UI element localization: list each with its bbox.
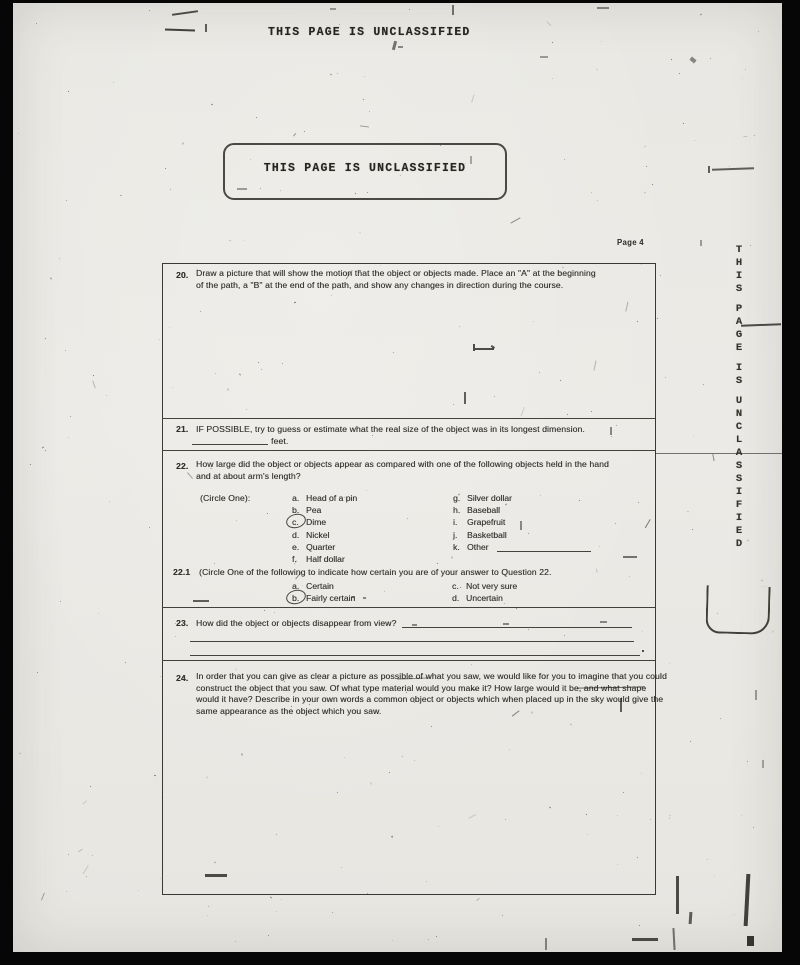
option-label: Fairly certain [306, 593, 355, 603]
option-letter: d. [292, 530, 306, 540]
answer-blank-feet [192, 444, 268, 445]
vertical-stamp-letter: E [731, 342, 747, 355]
option-label: Certain [306, 581, 334, 591]
q22-option-h: h.Baseball [453, 505, 500, 515]
vertical-stamp-letter: S [731, 473, 747, 486]
vertical-stamp-letter: E [731, 525, 747, 538]
q22-option-e: e.Quarter [292, 542, 335, 552]
q22-1-option-c: c.Not very sure [452, 581, 517, 591]
vertical-stamp-letter: H [731, 257, 747, 270]
other-answer-blank [497, 551, 591, 552]
q22-option-a: a.Head of a pin [292, 493, 357, 503]
option-label: Head of a pin [306, 493, 357, 503]
question-23-text: How did the object or objects disappear … [196, 618, 396, 628]
vertical-stamp-letter: D [731, 538, 747, 551]
vertical-stamp-letter [731, 296, 747, 303]
option-letter: e. [292, 542, 306, 552]
page-number-label: Page 4 [617, 238, 644, 247]
option-label: Other [467, 542, 489, 552]
vertical-stamp-letter: C [731, 421, 747, 434]
vertical-stamp-letter: F [731, 499, 747, 512]
question-21-number: 21. [176, 424, 188, 434]
question-24-line4: same appearance as the object which you … [196, 706, 667, 718]
option-label: Baseball [467, 505, 500, 515]
option-label: Not very sure [466, 581, 517, 591]
scanned-page: { "stamps": { "top": "THIS PAGE IS UNCLA… [0, 0, 800, 965]
option-letter: f. [292, 554, 306, 564]
vertical-stamp-letter: S [731, 460, 747, 473]
form-border-box [162, 263, 656, 895]
question-22-1-text: (Circle One of the following to indicate… [199, 567, 551, 577]
section-divider [162, 418, 655, 419]
question-20-line1: Draw a picture that will show the motion… [196, 268, 596, 280]
option-letter: d. [452, 593, 466, 603]
option-label: Nickel [306, 530, 329, 540]
option-label: Basketball [467, 530, 507, 540]
unclassified-stamp-box-text: THIS PAGE IS UNCLASSIFIED [225, 162, 505, 175]
question-23-number: 23. [176, 618, 188, 628]
q22-option-i: i.Grapefruit [453, 517, 505, 527]
question-24-line1: In order that you can give as clear a pi… [196, 671, 667, 683]
q23-answer-line-2 [190, 641, 634, 642]
option-letter: a. [292, 493, 306, 503]
question-24-line3: would it have? Describe in your own word… [196, 694, 667, 706]
section-divider [162, 450, 655, 451]
vertical-stamp-letter: S [731, 283, 747, 296]
q22-option-j: j.Basketball [453, 530, 507, 540]
option-label: Quarter [306, 542, 335, 552]
option-label: Dime [306, 517, 326, 527]
question-22-text: How large did the object or objects appe… [196, 459, 609, 482]
question-22-line1: How large did the object or objects appe… [196, 459, 609, 471]
option-label: Uncertain [466, 593, 503, 603]
q23-answer-line-1 [402, 627, 632, 628]
q22-1-option-d: d.Uncertain [452, 593, 503, 603]
vertical-stamp-letter: I [731, 362, 747, 375]
option-label: Half dollar [306, 554, 345, 564]
section-divider [162, 660, 655, 661]
vertical-stamp-letter [731, 355, 747, 362]
q23-answer-line-3 [190, 655, 640, 656]
vertical-stamp-letter: U [731, 395, 747, 408]
margin-line [655, 453, 782, 454]
option-label: Silver dollar [467, 493, 512, 503]
option-letter: h. [453, 505, 467, 515]
option-label: Pea [306, 505, 321, 515]
vertical-stamp-letter: P [731, 303, 747, 316]
question-21-text: IF POSSIBLE, try to guess or estimate wh… [196, 424, 585, 434]
question-22-1-number: 22.1 [173, 567, 190, 577]
vertical-stamp-letter: N [731, 408, 747, 421]
q22-option-k-other: k.Other [453, 542, 489, 552]
vertical-stamp-letter [731, 388, 747, 395]
vertical-stamp-letter: I [731, 270, 747, 283]
unclassified-stamp-vertical: THISPAGEISUNCLASSIFIED [731, 244, 747, 551]
section-divider [162, 607, 655, 608]
option-label: Grapefruit [467, 517, 505, 527]
vertical-stamp-letter: I [731, 512, 747, 525]
circle-one-label: (Circle One): [200, 493, 250, 503]
vertical-stamp-letter: S [731, 375, 747, 388]
stamp-bracket-artifact [705, 585, 770, 635]
question-24-text: In order that you can give as clear a pi… [196, 671, 667, 717]
option-letter: c. [452, 581, 466, 591]
question-22-line2: and at about arm's length? [196, 471, 609, 483]
q22-option-d: d.Nickel [292, 530, 329, 540]
option-letter: j. [453, 530, 467, 540]
question-24-line2: construct the object that you saw. Of wh… [196, 683, 667, 695]
vertical-stamp-letter: G [731, 329, 747, 342]
q22-option-g: g.Silver dollar [453, 493, 512, 503]
option-letter: i. [453, 517, 467, 527]
vertical-stamp-letter: T [731, 244, 747, 257]
unclassified-stamp-top: THIS PAGE IS UNCLASSIFIED [268, 26, 471, 39]
question-20-text: Draw a picture that will show the motion… [196, 268, 596, 291]
vertical-stamp-letter: A [731, 316, 747, 329]
q22-option-f: f.Half dollar [292, 554, 345, 564]
option-letter: g. [453, 493, 467, 503]
question-20-number: 20. [176, 270, 188, 280]
vertical-stamp-letter: I [731, 486, 747, 499]
vertical-stamp-letter: L [731, 434, 747, 447]
question-24-number: 24. [176, 673, 188, 683]
unclassified-stamp-box: THIS PAGE IS UNCLASSIFIED [223, 143, 507, 200]
question-20-line2: of the path, a "B" at the end of the pat… [196, 280, 596, 292]
question-22-number: 22. [176, 461, 188, 471]
question-21-unit: feet. [271, 436, 288, 446]
option-letter: k. [453, 542, 467, 552]
